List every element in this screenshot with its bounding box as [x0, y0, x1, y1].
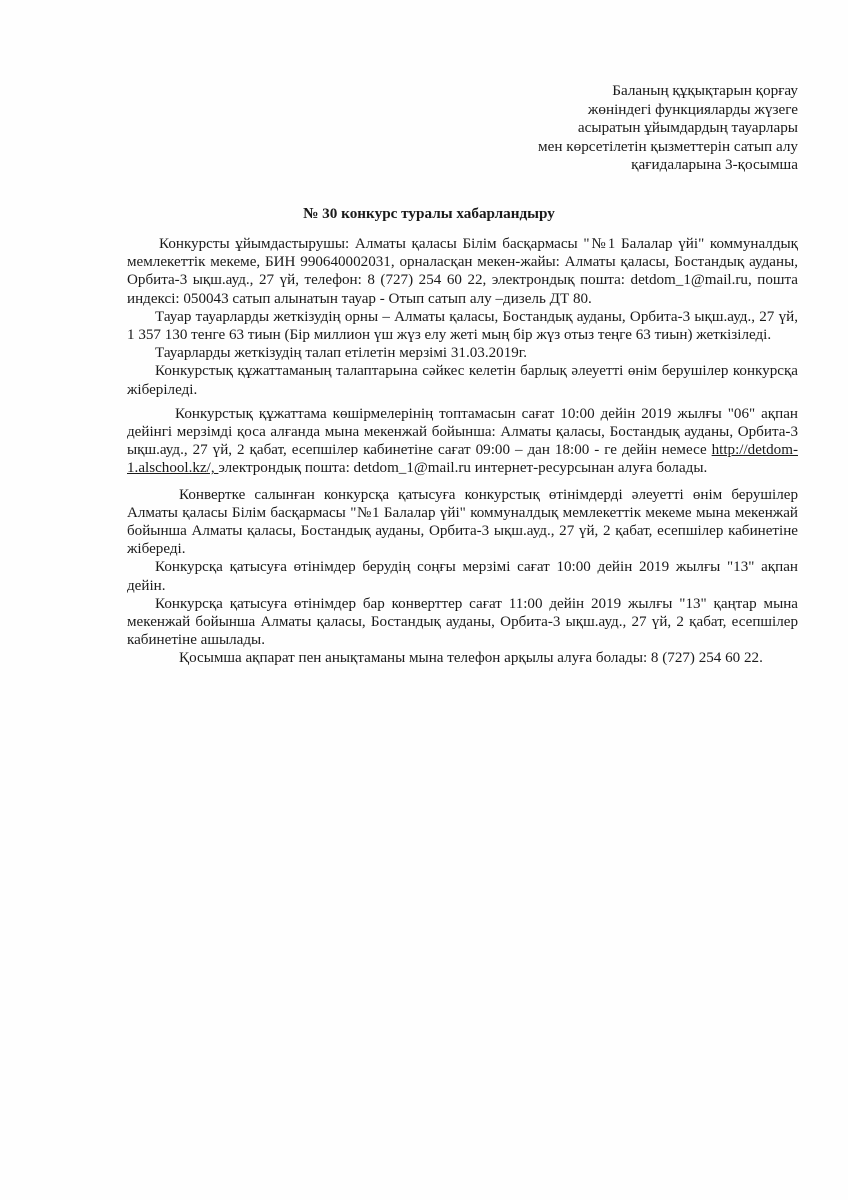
- annex-line: жөніндегі функцияларды жүзеге: [478, 101, 798, 120]
- paragraph-organizer: Конкурсты ұйымдастырушы: Алматы қаласы Б…: [127, 235, 798, 308]
- paragraph-contact: Қосымша ақпарат пен анықтаманы мына теле…: [127, 649, 798, 667]
- paragraph-eligibility: Конкурстық құжаттаманың талаптарына сәйк…: [127, 362, 798, 398]
- documents-text-pre: Конкурстық құжаттама көшірмелерінің топт…: [127, 406, 798, 458]
- paragraph-delivery-deadline: Тауарларды жеткізудің талап етілетін мер…: [127, 344, 798, 362]
- annex-line: қағидаларына 3-қосымша: [478, 156, 798, 175]
- annex-reference: Баланың құқықтарын қорғау жөніндегі функ…: [478, 82, 798, 175]
- document-body: Конкурсты ұйымдастырушы: Алматы қаласы Б…: [127, 235, 798, 668]
- paragraph-envelopes: Конвертке салынған конкурсқа қатысуға ко…: [127, 486, 798, 559]
- annex-line: Баланың құқықтарын қорғау: [478, 82, 798, 101]
- document-title: № 30 конкурс туралы хабарландыру: [0, 205, 848, 223]
- paragraph-delivery-place: Тауар тауарларды жеткізудің орны – Алмат…: [127, 308, 798, 344]
- documents-text-post: электрондық пошта: detdom_1@mail.ru инте…: [218, 460, 707, 476]
- annex-line: мен көрсетілетін қызметтерін сатып алу: [478, 138, 798, 157]
- scanned-page: Баланың құқықтарын қорғау жөніндегі функ…: [0, 0, 848, 1200]
- annex-line: асыратын ұйымдардың тауарлары: [478, 119, 798, 138]
- paragraph-submission-deadline: Конкурсқа қатысуға өтінімдер берудің соң…: [127, 558, 798, 594]
- paragraph-opening: Конкурсқа қатысуға өтінімдер бар конверт…: [127, 595, 798, 650]
- paragraph-documents: Конкурстық құжаттама көшірмелерінің топт…: [127, 405, 798, 478]
